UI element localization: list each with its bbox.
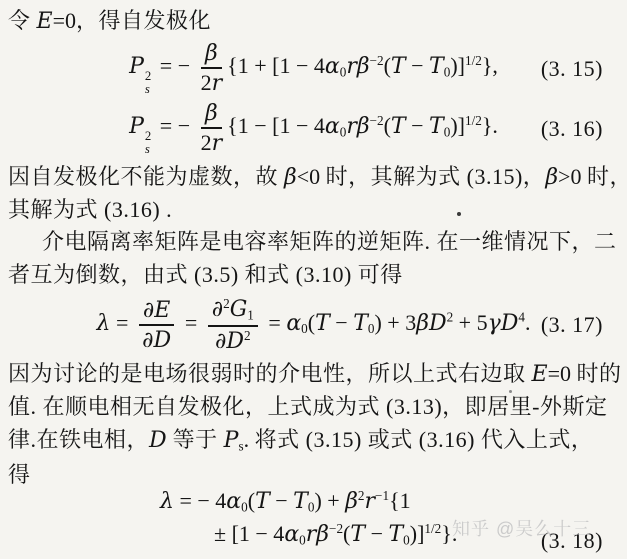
paragraph-3-line-1: 因为讨论的是电场很弱时的介电性，所以上式右边取 E=0 时的	[8, 359, 623, 389]
paragraph-3-line-3: 律.在铁电相，D 等于 Ps. 将式 (3.15) 或式 (3.16) 代入上式…	[8, 425, 623, 455]
equation-3-18-line-1: λ = − 4α0(T − T0) + β2r−1{1	[160, 488, 411, 515]
equation-3-16: P2s = − β2r{1 − [1 − 4α0rβ−2(T − T0)]1/2…	[8, 98, 619, 160]
paragraph-1-line-2: 其解为式 (3.16) .	[8, 195, 623, 224]
paragraph-3-line-4: 得	[8, 460, 623, 489]
paragraph-1-line-1: 因自发极化不能为虚数，故 β<0 时，其解为式 (3.15)，β>0 时，	[8, 162, 623, 192]
scan-artifact-dot	[457, 212, 461, 216]
equation-number-3-16: (3. 16)	[541, 116, 603, 142]
equation-3-16-body: P2s = − β2r{1 − [1 − 4α0rβ−2(T − T0)]1/2…	[129, 101, 498, 156]
paragraph-2-line-1: 介电隔离率矩阵是电容率矩阵的逆矩阵. 在一维情况下，二	[8, 227, 623, 256]
intro-line: 令 E=0，得自发极化	[8, 6, 623, 36]
scan-artifact-dot	[509, 390, 512, 393]
paragraph-2-line-2: 者互为倒数，由式 (3.5) 和式 (3.10) 可得	[8, 260, 623, 289]
equation-3-17-body: λ = ∂E∂D = ∂2G1∂D2 = α0(T − T0) + 3βD2 +…	[97, 297, 531, 353]
equation-3-15: P2s = − β2r{1 + [1 − 4α0rβ−2(T − T0)]1/2…	[8, 38, 619, 100]
equation-3-15-body: P2s = − β2r{1 + [1 − 4α0rβ−2(T − T0)]1/2…	[129, 41, 498, 96]
equation-3-18-line-2: ± [1 − 4α0rβ−2(T − T0)]1/2}.	[214, 521, 457, 548]
equation-number-3-15: (3. 15)	[541, 56, 603, 82]
equation-3-17: λ = ∂E∂D = ∂2G1∂D2 = α0(T − T0) + 3βD2 +…	[8, 292, 619, 358]
zhihu-watermark: 知乎 @吴么十三	[452, 515, 591, 541]
equation-number-3-17: (3. 17)	[541, 312, 603, 338]
scanned-page: 令 E=0，得自发极化 P2s = − β2r{1 + [1 − 4α0rβ−2…	[0, 0, 627, 559]
paragraph-3-line-2: 值. 在顺电相无自发极化，上式成为式 (3.13)，即居里-外斯定	[8, 392, 623, 421]
